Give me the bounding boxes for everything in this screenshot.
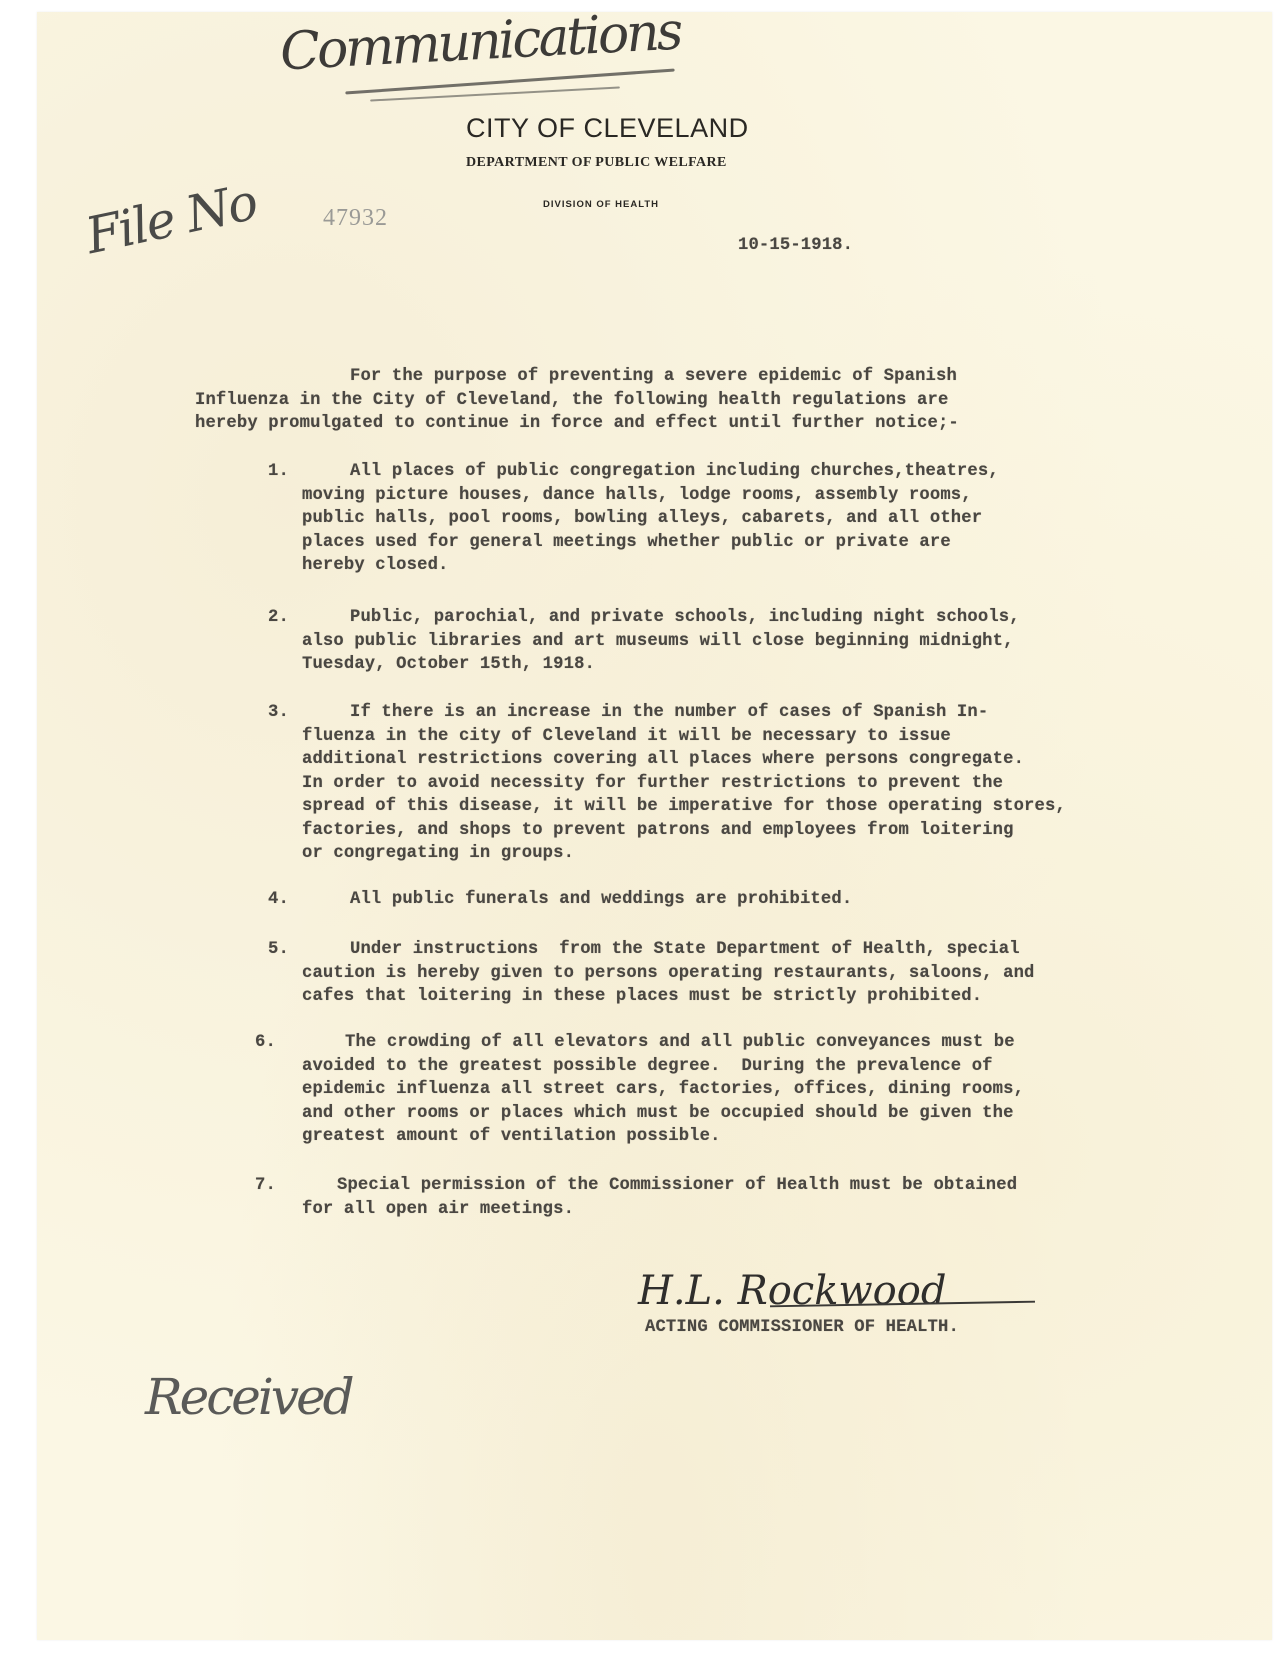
- item-line: caution is hereby given to persons opera…: [302, 964, 1035, 983]
- item-line: Special permission of the Commissioner o…: [337, 1176, 1017, 1195]
- item-line: factories, and shops to prevent patrons …: [302, 821, 1014, 840]
- document-date: 10-15-1918.: [738, 236, 853, 255]
- item-line: additional restrictions covering all pla…: [302, 750, 1024, 769]
- item-line: The crowding of all elevators and all pu…: [345, 1033, 1015, 1052]
- item-number: 3.: [268, 703, 289, 722]
- signatory-title: ACTING COMMISSIONER OF HEALTH.: [645, 1318, 959, 1337]
- letterhead-division: DIVISION OF HEALTH: [543, 199, 659, 210]
- item-number: 6.: [255, 1033, 276, 1052]
- item-line: or congregating in groups.: [302, 844, 574, 863]
- item-line: public halls, pool rooms, bowling alleys…: [302, 509, 982, 528]
- item-number: 4.: [268, 890, 289, 909]
- item-number: 1.: [268, 462, 289, 481]
- intro-line: For the purpose of preventing a severe e…: [350, 367, 957, 386]
- item-line: also public libraries and art museums wi…: [302, 632, 1014, 651]
- item-line: If there is an increase in the number of…: [350, 703, 988, 722]
- intro-line: hereby promulgated to continue in force …: [195, 414, 959, 433]
- item-line: All places of public congregation includ…: [350, 462, 999, 481]
- item-number: 2.: [268, 608, 289, 627]
- item-line: spread of this disease, it will be imper…: [302, 797, 1066, 816]
- item-line: and other rooms or places which must be …: [302, 1104, 1014, 1123]
- item-line: for all open air meetings.: [302, 1200, 574, 1219]
- letterhead-city: CITY OF CLEVELAND: [466, 113, 749, 144]
- item-line: Public, parochial, and private schools, …: [350, 608, 1020, 627]
- signature: H.L. Rockwood: [638, 1268, 946, 1314]
- item-number: 7.: [255, 1176, 276, 1195]
- item-line: Under instructions from the State Depart…: [350, 940, 1020, 959]
- item-line: moving picture houses, dance halls, lodg…: [302, 486, 972, 505]
- item-number: 5.: [268, 940, 289, 959]
- item-line: All public funerals and weddings are pro…: [350, 890, 852, 909]
- item-line: fluenza in the city of Cleveland it will…: [302, 727, 951, 746]
- item-line: places used for general meetings whether…: [302, 533, 951, 552]
- item-line: avoided to the greatest possible degree.…: [302, 1057, 993, 1076]
- item-line: hereby closed.: [302, 556, 449, 575]
- handwritten-received: Received: [145, 1368, 352, 1426]
- letterhead-department: DEPARTMENT OF PUBLIC WELFARE: [466, 155, 727, 171]
- item-line: cafes that loitering in these places mus…: [302, 987, 982, 1006]
- item-line: greatest amount of ventilation possible.: [302, 1127, 721, 1146]
- file-number-stamp: 47932: [323, 205, 388, 232]
- intro-line: Influenza in the City of Cleveland, the …: [195, 391, 948, 410]
- item-line: epidemic influenza all street cars, fact…: [302, 1080, 1024, 1099]
- item-line: Tuesday, October 15th, 1918.: [302, 655, 595, 674]
- item-line: In order to avoid necessity for further …: [302, 774, 1003, 793]
